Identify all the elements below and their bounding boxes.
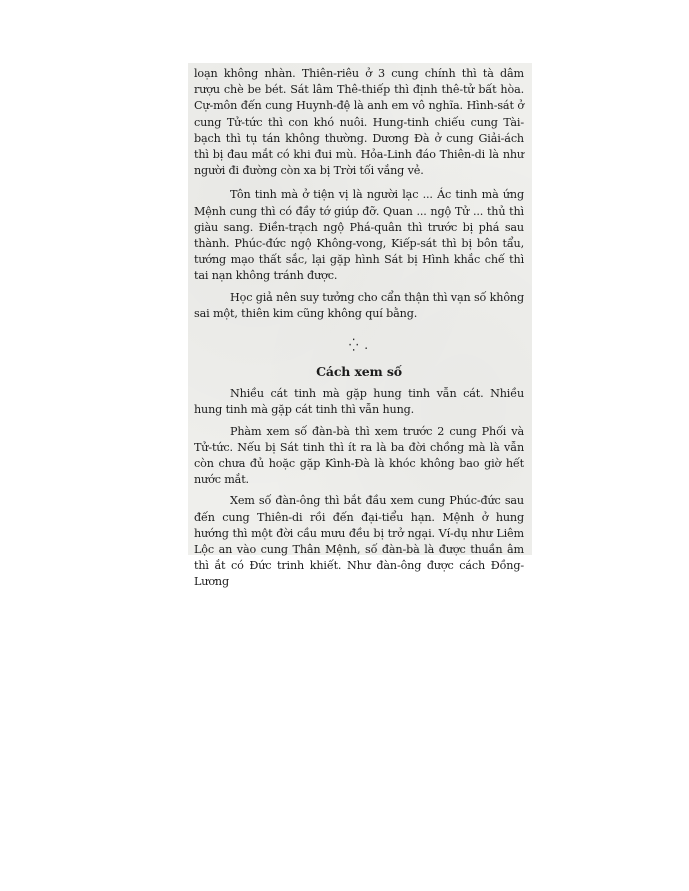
- section-ornament: ⁛ .: [194, 336, 524, 354]
- paragraph-men-reading: Xem số đàn-ông thì bắt đầu xem cung Phúc…: [194, 493, 524, 590]
- paragraph-scholar-advice: Học giả nên suy tưởng cho cẩn thận thì v…: [194, 290, 524, 322]
- paragraph-noble-stars: Tôn tinh mà ở tiện vị là người lạc ... Á…: [194, 187, 524, 284]
- paragraph-good-bad-stars: Nhiều cát tinh mà gặp hung tinh vẫn cát.…: [194, 386, 524, 418]
- paragraph-stars-in-palaces: loạn không nhàn. Thiên-riêu ở 3 cung chí…: [194, 66, 524, 179]
- paragraph-women-reading: Phàm xem số đàn-bà thì xem trước 2 cung …: [194, 424, 524, 489]
- section-heading: Cách xem số: [194, 364, 524, 380]
- scanned-book-page: loạn không nhàn. Thiên-riêu ở 3 cung chí…: [188, 63, 532, 555]
